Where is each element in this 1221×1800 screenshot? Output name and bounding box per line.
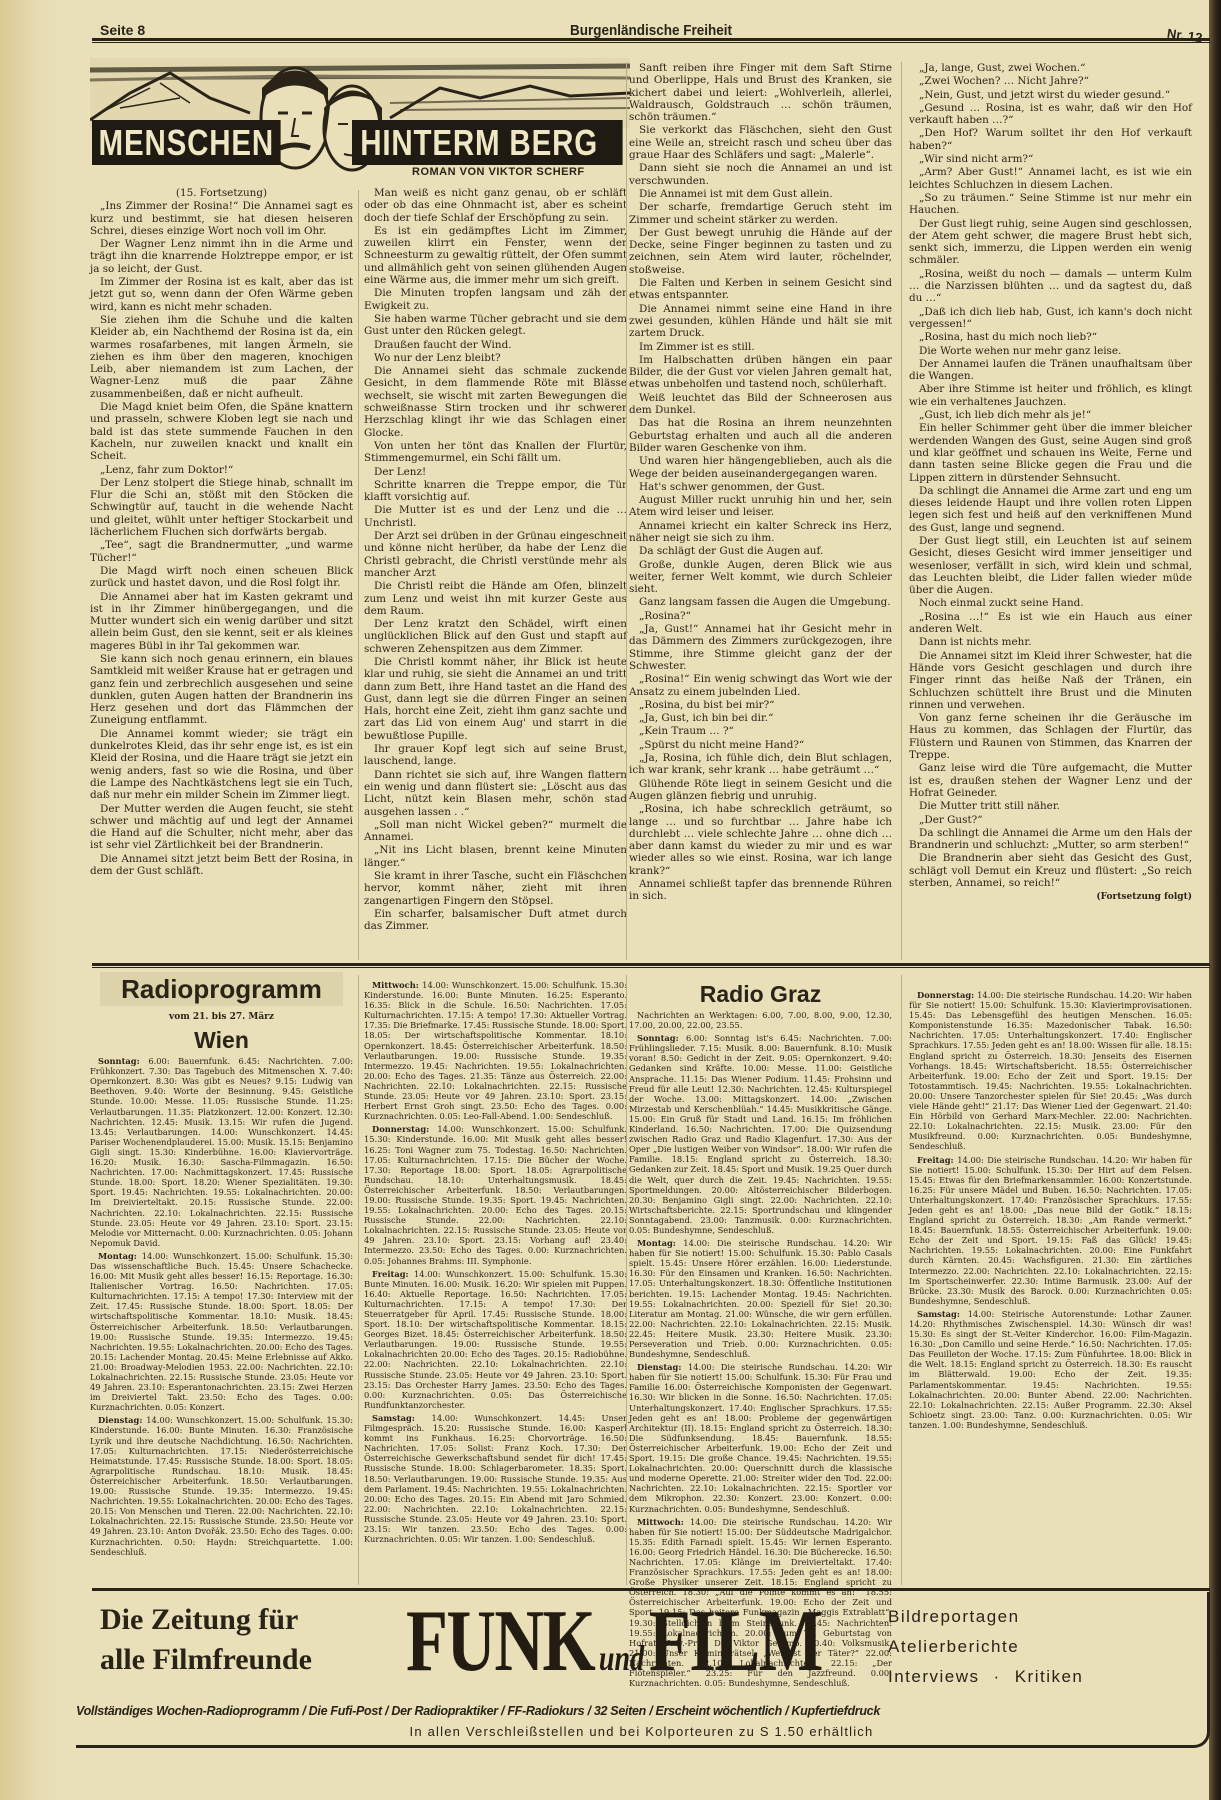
radio-day-label: Donnerstag:	[917, 990, 977, 1000]
radio-day-label: Montag:	[637, 1238, 683, 1248]
story-paragraph: Die Annamei aber hat im Kasten gekramt u…	[90, 591, 353, 652]
radio-day-label: Mittwoch:	[637, 1517, 690, 1527]
radio-day-schedule: Donnerstag: 14.00: Wunschkonzert. 15.00:…	[364, 1124, 627, 1265]
story-column-3: Sanft reiben ihre Finger mit dem Saft St…	[629, 62, 892, 904]
paper-edge-right	[1209, 0, 1221, 1800]
radio-day-label: Samstag:	[372, 1413, 432, 1423]
story-paragraph: Der Arzt sei drüben in der Grünau einges…	[364, 530, 627, 579]
radio-day-schedule: Freitag: 14.00: Wunschkonzert. 15.00: Sc…	[364, 1269, 627, 1410]
story-paragraph: Aber ihre Stimme ist heiter und fröhlich…	[909, 383, 1192, 408]
ad-availability-line: In allen Verschleißstellen und bei Kolpo…	[76, 1724, 1207, 1739]
column-divider	[358, 975, 359, 1585]
story-paragraph: „Ins Zimmer der Rosina!“ Die Annamei sag…	[90, 200, 353, 237]
story-paragraph: Und waren hier hängengeblieben, auch als…	[629, 455, 892, 480]
story-paragraph: Hat's schwer genommen, der Gust.	[629, 481, 892, 493]
story-paragraph: Die Falten und Kerben in seinem Gesicht …	[629, 277, 892, 302]
radio-day-schedule: Montag: 14.00: Wunschkonzert. 15.00: Sch…	[90, 1251, 353, 1413]
story-paragraph: Dann richtet sie sich auf, ihre Wangen f…	[364, 769, 627, 818]
story-paragraph: „Lenz, fahr zum Doktor!“	[90, 464, 353, 476]
story-paragraph: Die Brandnerin aber sieht das Gesicht de…	[909, 852, 1192, 889]
story-paragraph: „Der Gust?“	[909, 814, 1192, 826]
radio-column-3: Radio Graz Nachrichten an Werktagen: 6.0…	[629, 980, 892, 1691]
ad-features: Bildreportagen Atelierberichte Interview…	[888, 1602, 1188, 1692]
radio-day-label: Montag:	[98, 1251, 142, 1261]
serial-byline: ROMAN VON VIKTOR SCHERF	[412, 166, 585, 178]
radio-day-schedule: Dienstag: 14.00: Die steirische Rundscha…	[629, 1362, 892, 1513]
story-paragraph: „Tee“, sagt die Brandnermutter, „und war…	[90, 539, 353, 564]
story-paragraph: Sanft reiben ihre Finger mit dem Saft St…	[629, 62, 892, 123]
story-paragraph: Die Mutter ist es und der Lenz und die ……	[364, 504, 627, 529]
story-paragraph: „Daß ich dich lieb hab, Gust, ich kann's…	[909, 306, 1192, 331]
story-paragraph: „Soll man nicht Wickel geben?“ murmelt d…	[364, 819, 627, 844]
column-divider	[901, 62, 902, 960]
story-column-1: (15. Fortsetzung) „Ins Zimmer der Rosina…	[90, 187, 353, 878]
radio-date-range: vom 21. bis 27. März	[90, 1012, 353, 1022]
story-paragraph: Die Magd wirft noch einen scheuen Blick …	[90, 565, 353, 590]
story-paragraphs: „Ins Zimmer der Rosina!“ Die Annamei sag…	[90, 200, 353, 877]
story-paragraph: Ein heller Schimmer geht über die immer …	[909, 422, 1192, 483]
story-paragraph: Der scharfe, fremdartige Geruch steht im…	[629, 201, 892, 226]
story-paragraph: „Rosina, weißt du noch — damals — unterm…	[909, 268, 1192, 305]
story-paragraph: Annamei schließt tapfer das brennende Rü…	[629, 878, 892, 903]
story-paragraph: „Ja, Gust!“ Annamei hat ihr Gesicht mehr…	[629, 623, 892, 672]
story-paragraph: Die Worte wehen nur mehr ganz leise.	[909, 345, 1192, 357]
radio-day-label: Freitag:	[917, 1155, 957, 1165]
story-paragraph: Von ganz ferne scheinen ihr die Geräusch…	[909, 712, 1192, 761]
story-paragraph: Ein scharfer, balsamischer Duft atmet du…	[364, 908, 627, 933]
story-paragraph: „Rosina …!“ Es ist wie ein Hauch aus ein…	[909, 611, 1192, 636]
story-paragraph: „Spürst du nicht meine Hand?“	[629, 739, 892, 751]
story-paragraph: Man weiß es nicht ganz genau, ob er schl…	[364, 187, 627, 224]
story-paragraph: „Den Hof? Warum solltet ihr den Hof verk…	[909, 127, 1192, 152]
story-paragraph: „Zwei Wochen? … Nicht Jahre?“	[909, 75, 1192, 87]
radio-day-schedule: Montag: 14.00: Die steirische Rundschau.…	[629, 1238, 892, 1359]
story-paragraph: Wo nur der Lenz bleibt?	[364, 352, 627, 364]
radio-day-schedule: Dienstag: 14.00: Wunschkonzert. 15.00: S…	[90, 1415, 353, 1556]
radio-day-label: Freitag:	[372, 1269, 414, 1279]
radio-day-schedule: Mittwoch: 14.00: Wunschkonzert. 15.00: S…	[364, 980, 627, 1121]
story-column-2: Man weiß es nicht ganz genau, ob er schl…	[364, 187, 627, 934]
story-column-4: „Ja, lange, Gust, zwei Wochen.“„Zwei Woc…	[909, 62, 1192, 905]
story-paragraph: „Rosina, hast du mich noch lieb?“	[909, 331, 1192, 343]
serial-banner: F MENSCHEN HINTERM BERG ROMAN VON VIKTOR…	[90, 58, 630, 183]
radio-day-schedule: Sonntag: 6.00: Bauernfunk. 6.45: Nachric…	[90, 1056, 353, 1248]
column-divider	[626, 62, 627, 960]
wien-schedule-part-1: Sonntag: 6.00: Bauernfunk. 6.45: Nachric…	[90, 1056, 353, 1557]
radio-day-label: Dienstag:	[98, 1415, 146, 1425]
radio-day-label: Donnerstag:	[372, 1124, 437, 1134]
ad-contents-line: Vollständiges Wochen-Radioprogramm / Die…	[76, 1704, 1199, 1718]
story-paragraph: Die Annamei sitzt jetzt beim Bett der Ro…	[90, 853, 353, 878]
story-paragraph: Der Wagner Lenz nimmt ihn in die Arme un…	[90, 238, 353, 275]
story-paragraph: Annamei kriecht ein kalter Schreck ins H…	[629, 520, 892, 545]
page-number: Seite 8	[100, 22, 145, 38]
story-paragraph: Das hat die Rosina an ihrem neunzehnten …	[629, 417, 892, 454]
story-paragraph: Der Lenz!	[364, 466, 627, 478]
story-paragraph: August Miller ruckt unruhig hin und her,…	[629, 494, 892, 519]
story-paragraph: Der Gust bewegt unruhig die Hände auf de…	[629, 227, 892, 276]
radio-day-label: Sonntag:	[98, 1056, 148, 1066]
story-paragraph: „Rosina, ich habe schrecklich geträumt, …	[629, 803, 892, 877]
story-paragraph: Sie kramt in ihrer Tasche, sucht ein Flä…	[364, 870, 627, 907]
story-paragraph: Im Zimmer ist es still.	[629, 341, 892, 353]
story-paragraph: Die Annamei sieht das schmale zuckende G…	[364, 365, 627, 439]
story-paragraph: Der Mutter werden die Augen feucht, sie …	[90, 803, 353, 852]
column-divider	[901, 975, 902, 1585]
story-paragraph: Der Gust liegt still, ein Leuchten ist a…	[909, 535, 1192, 596]
story-paragraph: Im Halbschatten drüben hängen ein paar B…	[629, 354, 892, 391]
story-paragraph: Der Annamei laufen die Tränen unaufhalts…	[909, 358, 1192, 383]
story-paragraph: Ganz leise wird die Türe aufgemacht, die…	[909, 762, 1192, 799]
column-divider	[358, 190, 359, 960]
ad-tagline: Die Zeitung für alle Filmfreunde	[100, 1600, 420, 1680]
radio-program-title: Radioprogramm	[100, 972, 343, 1006]
radio-column-2: Mittwoch: 14.00: Wunschkonzert. 15.00: S…	[364, 980, 627, 1547]
story-paragraph: „Arm? Aber Gust!“ Annamei lacht, es ist …	[909, 166, 1192, 191]
radio-column-4: Donnerstag: 14.00: Die steirische Rundsc…	[909, 990, 1192, 1433]
story-paragraph: Die Magd kniet beim Ofen, die Späne knat…	[90, 401, 353, 462]
story-paragraph: „Gesund … Rosina, ist es wahr, daß wir d…	[909, 102, 1192, 127]
story-paragraph: Dann sieht sie noch die Annamei an und i…	[629, 162, 892, 187]
radio-day-schedule: Samstag: 14.00: Wunschkonzert. 14.45: Un…	[364, 1413, 627, 1544]
story-paragraph: Die Annamei sitzt im Kleid ihrer Schwest…	[909, 650, 1192, 711]
story-paragraph: „Nein, Gust, und jetzt wirst du wieder g…	[909, 89, 1192, 101]
radio-day-label: Sonntag:	[637, 1033, 686, 1043]
story-paragraph: „Kein Traum … ?“	[629, 725, 892, 737]
story-paragraphs: „Ja, lange, Gust, zwei Wochen.“„Zwei Woc…	[909, 62, 1192, 889]
story-paragraph: Sie verkorkt das Fläschchen, sieht den G…	[629, 124, 892, 161]
story-paragraph: Die Mutter tritt still näher.	[909, 800, 1192, 812]
story-paragraph: Von unten her tönt das Knallen der Flurt…	[364, 440, 627, 465]
serial-title-right: HINTERM BERG	[352, 120, 623, 165]
radio-column-1: Radioprogramm vom 21. bis 27. März Wien …	[90, 972, 353, 1560]
graz-schedule-part-2: Donnerstag: 14.00: Die steirische Rundsc…	[909, 990, 1192, 1430]
graz-news-times: Nachrichten an Werktagen: 6.00, 7.00, 8.…	[629, 1010, 892, 1030]
story-paragraph: Die Annamei ist mit dem Gust allein.	[629, 188, 892, 200]
story-paragraph: Da schlingt die Annamei die Arme um den …	[909, 827, 1192, 852]
story-paragraph: Ihr grauer Kopf legt sich auf seine Brus…	[364, 743, 627, 768]
radio-day-label: Samstag:	[917, 1309, 968, 1319]
story-paragraph: „Nit ins Licht blasen, brennt keine Minu…	[364, 844, 627, 869]
paper-edge-left	[0, 0, 60, 1800]
story-paragraph: Die Minuten tropfen langsam und zäh der …	[364, 287, 627, 312]
story-paragraph: Da schlägt der Gust die Augen auf.	[629, 545, 892, 557]
story-paragraph: „Ja, lange, Gust, zwei Wochen.“	[909, 62, 1192, 74]
story-paragraph: „Rosina?“	[629, 610, 892, 622]
story-paragraph: Dann ist nichts mehr.	[909, 636, 1192, 648]
story-paragraph: Der Lenz kratzt den Schädel, wirft einen…	[364, 618, 627, 655]
story-paragraphs: Sanft reiben ihre Finger mit dem Saft St…	[629, 62, 892, 903]
story-paragraphs: Man weiß es nicht ganz genau, ob er schl…	[364, 187, 627, 933]
ad-brand-logo: FUNKundFILM	[406, 1594, 780, 1690]
radio-day-schedule: Donnerstag: 14.00: Die steirische Rundsc…	[909, 990, 1192, 1152]
section-rule	[92, 963, 1210, 968]
wien-schedule-part-2: Mittwoch: 14.00: Wunschkonzert. 15.00: S…	[364, 980, 627, 1544]
story-paragraph: Glühende Röte liegt in seinem Gesicht un…	[629, 778, 892, 803]
story-paragraph: Sie haben warme Tücher gebracht und sie …	[364, 313, 627, 338]
radio-day-schedule: Sonntag: 6.00: Sonntag ist's 6.45: Nachr…	[629, 1033, 892, 1235]
radio-day-label: Dienstag:	[637, 1362, 688, 1372]
installment-label: (15. Fortsetzung)	[90, 187, 353, 199]
story-paragraph: „Rosina, du bist bei mir?“	[629, 699, 892, 711]
continuation-note: (Fortsetzung folgt)	[909, 891, 1192, 903]
story-paragraph: Die Annamei nimmt seine eine Hand in ihr…	[629, 303, 892, 340]
header-rule	[92, 38, 1210, 43]
column-divider	[626, 975, 627, 1585]
story-paragraph: Die Annamei kommt wieder; sie trägt ein …	[90, 728, 353, 802]
story-paragraph: Große, dunkle Augen, deren Blick wie aus…	[629, 559, 892, 596]
story-paragraph: Sie kann sich noch genau erinnern, ein b…	[90, 653, 353, 727]
story-paragraph: Ganz langsam fassen die Augen die Umgebu…	[629, 596, 892, 608]
story-paragraph: „Wir sind nicht arm?“	[909, 153, 1192, 165]
story-paragraph: Im Zimmer der Rosina ist es kalt, aber d…	[90, 276, 353, 313]
radio-day-schedule: Samstag: 14.00: Steirische Autorenstunde…	[909, 1309, 1192, 1430]
station-title-graz: Radio Graz	[629, 980, 892, 1008]
story-paragraph: Die Christl kommt näher, ihr Blick ist h…	[364, 656, 627, 742]
story-paragraph: Schritte knarren die Treppe empor, die T…	[364, 479, 627, 504]
story-paragraph: „Ja, Rosina, ich fühle dich, dein Blut s…	[629, 752, 892, 777]
story-paragraph: „So zu träumen.“ Seine Stimme ist nur me…	[909, 192, 1192, 217]
story-paragraph: Es ist ein gedämpftes Licht im Zimmer, z…	[364, 225, 627, 286]
story-paragraph: Da schlingt die Annamei die Arme zart un…	[909, 485, 1192, 534]
newspaper-page: Seite 8 Burgenländische Freiheit Nr. 12 …	[76, 0, 1210, 1800]
story-paragraph: Der Lenz stolpert die Stiege hinab, schn…	[90, 477, 353, 538]
radio-day-label: Mittwoch:	[372, 980, 422, 990]
newspaper-name: Burgenländische Freiheit	[148, 22, 1154, 39]
story-paragraph: Der Gust liegt ruhig, seine Augen sind g…	[909, 218, 1192, 267]
story-paragraph: „Ja, Gust, ich bin bei dir.“	[629, 712, 892, 724]
funk-und-film-advertisement: Die Zeitung für alle Filmfreunde FUNKund…	[76, 1592, 1210, 1748]
story-paragraph: „Rosina!“ Ein wenig schwingt das Wort wi…	[629, 673, 892, 698]
story-paragraph: Noch einmal zuckt seine Hand.	[909, 597, 1192, 609]
radio-day-schedule: Freitag: 14.00: Die steirische Rundschau…	[909, 1155, 1192, 1306]
station-title-wien: Wien	[90, 1026, 353, 1054]
story-paragraph: „Gust, ich lieb dich mehr als je!“	[909, 409, 1192, 421]
story-paragraph: Draußen faucht der Wind.	[364, 339, 627, 351]
story-paragraph: Weiß leuchtet das Bild der Schneerosen a…	[629, 392, 892, 417]
story-paragraph: Die Christl reibt die Hände am Ofen, bli…	[364, 580, 627, 617]
serial-title-left: MENSCHEN	[92, 120, 281, 165]
story-paragraph: Sie ziehen ihm die Schuhe und die kalten…	[90, 314, 353, 400]
